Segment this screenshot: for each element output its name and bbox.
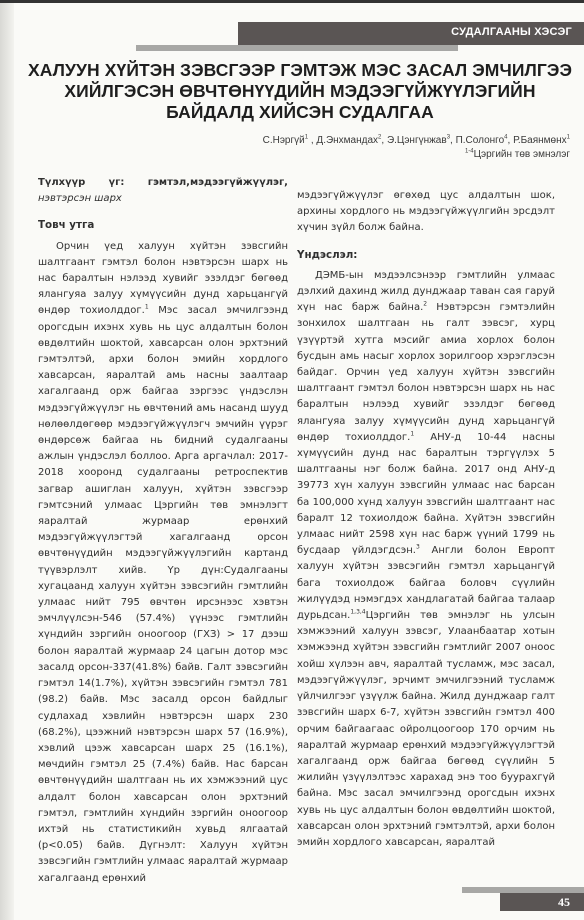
affiliation-sup: 1-4 [465, 149, 474, 155]
affiliation-text: Цэргийн төв эмнэлэг [474, 149, 570, 160]
intro-text: Цэргийн төв эмнэлэг нь улсын хэмжээний х… [297, 610, 555, 848]
intro-text: Нэвтэрсэн гэмтэлийн зонхилох шалтгаан нь… [297, 302, 555, 443]
section-label: СУДАЛГААНЫ ХЭСЭГ [451, 26, 572, 38]
author-sup: 3 [447, 135, 450, 141]
page-number: 45 [558, 895, 570, 910]
left-column: Түлхүүр үг: гэмтэл,мэдээгүйжүүлэг, нэвтэ… [38, 175, 288, 887]
author-name: Д.Энхмандах [316, 135, 378, 146]
intro-text: АНУ-д 10-44 насны хүмүүсийн дунд нас бар… [297, 432, 555, 556]
affiliation: 1-4Цэргийн төв эмнэлэг [263, 148, 570, 162]
intro-heading: Үндэслэл: [297, 247, 555, 263]
keywords-label: Түлхүүр үг: [38, 177, 124, 188]
abstract-paragraph: Орчин үед халуун хүйтэн зэвсгийн шалтгаа… [38, 239, 288, 887]
author-name: С.Нэргүй [263, 135, 305, 146]
author-sup: 2 [378, 135, 381, 141]
abstract-text: Мэс засал эмчилгээнд орогсдын ихэнх хувь… [38, 305, 288, 883]
section-header-tab: СУДАЛГААНЫ ХЭСЭГ [238, 22, 584, 45]
right-column: мэдээгүйжүүлэг өгөхөд цус алдалтын шок, … [297, 188, 555, 851]
section-underline-bar [136, 45, 458, 51]
author-name: Р.Баянмөнх [513, 135, 567, 146]
keywords-italic: нэвтэрсэн шарх [38, 193, 122, 204]
top-edge-bar [0, 0, 584, 3]
abstract-heading: Товч утга [38, 217, 288, 233]
author-block: С.Нэргүй1 , Д.Энхмандах2, Э.Цэнгүнжав3, … [263, 134, 570, 162]
article-title: ХАЛУУН ХҮЙТЭН ЗЭВСГЭЭР ГЭМТЭЖ МЭС ЗАСАЛ … [20, 60, 580, 123]
author-sup: 4 [504, 135, 507, 141]
author-name: Э.Цэнгүнжав [387, 135, 447, 146]
keywords: Түлхүүр үг: гэмтэл,мэдээгүйжүүлэг, нэвтэ… [38, 175, 288, 207]
citation-sup: 1,3,4 [350, 609, 365, 616]
author-list: С.Нэргүй1 , Д.Энхмандах2, Э.Цэнгүнжав3, … [263, 134, 570, 148]
intro-paragraph: ДЭМБ-ын мэдээлсэнээр гэмтлийн улмаас дэл… [297, 268, 555, 851]
abstract-continuation: мэдээгүйжүүлэг өгөхөд цус алдалтын шок, … [297, 188, 555, 237]
page-number-tab: 45 [500, 893, 584, 911]
author-name: П.Солонго [456, 135, 505, 146]
keywords-text: гэмтэл,мэдээгүйжүүлэг, [148, 177, 288, 188]
author-sup: 1 [305, 135, 308, 141]
page-gutter-shadow [0, 0, 14, 920]
author-sup: 1 [567, 135, 570, 141]
